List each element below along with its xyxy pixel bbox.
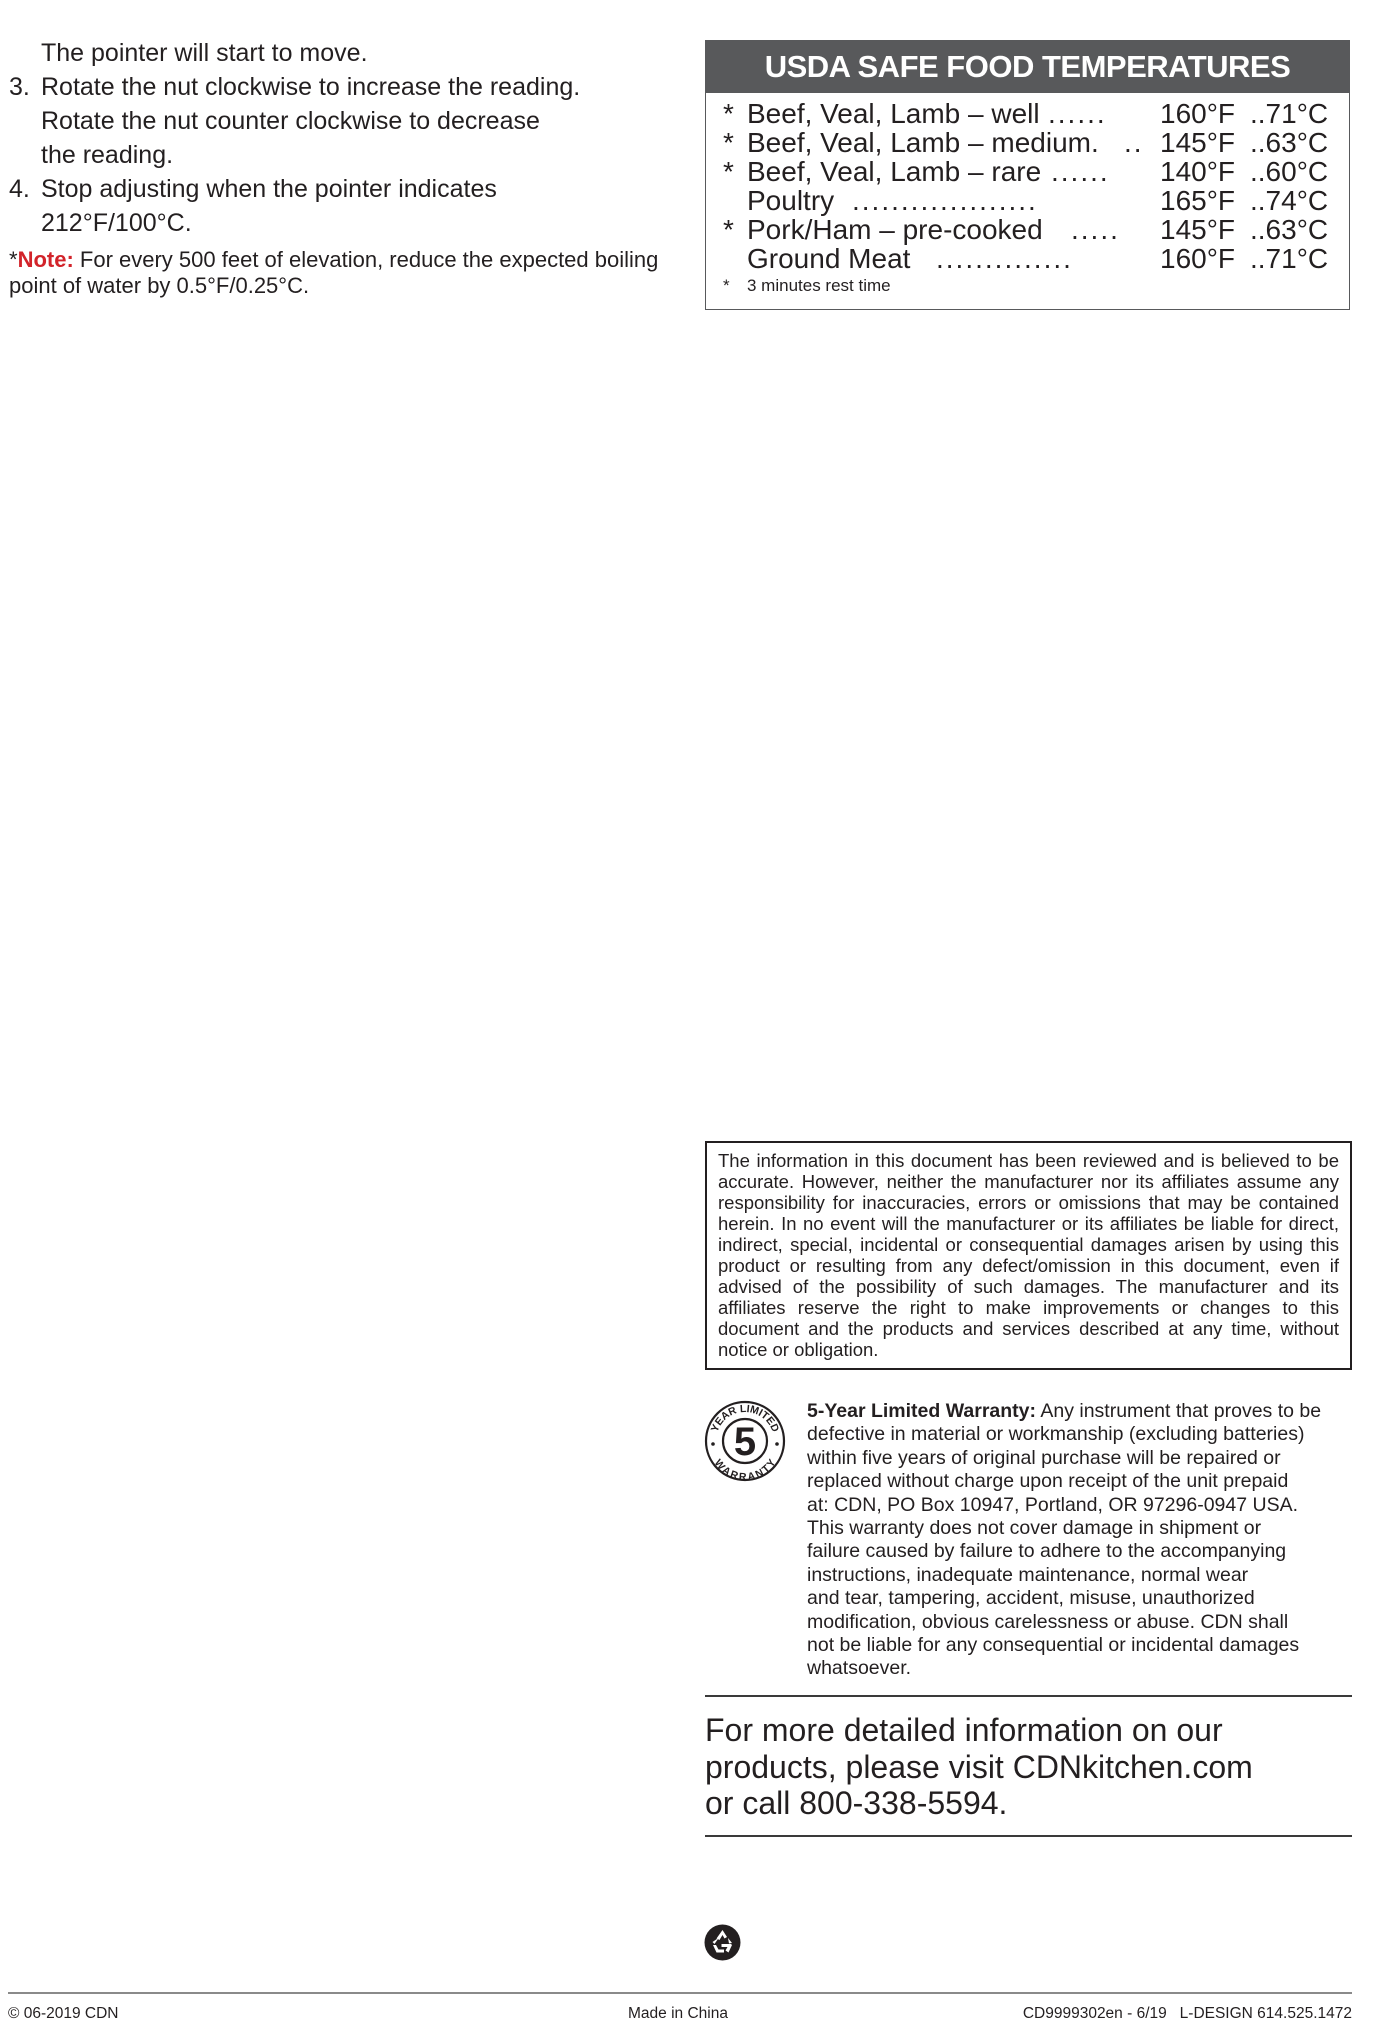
footer-copyright: © 06-2019 CDN (8, 2004, 119, 2024)
temp-celsius: ..63°C (1250, 215, 1328, 244)
step-3: 3.Rotate the nut clockwise to increase t… (0, 70, 680, 172)
contact-line: or call 800-338-5594. (705, 1785, 1352, 1822)
temp-fahrenheit: 165°F (1160, 186, 1235, 215)
warranty-line: modification, obvious carelessness or ab… (807, 1611, 1355, 1634)
warranty-line: defective in material or workmanship (ex… (807, 1423, 1355, 1446)
food-name: Pork/Ham – pre-cooked (747, 215, 1043, 244)
food-name: Poultry (747, 186, 834, 215)
food-name: Beef, Veal, Lamb – medium. (747, 128, 1099, 157)
warranty-line: This warranty does not cover damage in s… (807, 1517, 1355, 1540)
warranty-line: and tear, tampering, accident, misuse, u… (807, 1587, 1355, 1610)
elevation-note: *Note: For every 500 feet of elevation, … (9, 247, 679, 299)
step-number: 3. (9, 70, 30, 104)
warranty-text: 5-Year Limited Warranty: Any instrument … (807, 1400, 1355, 1681)
usda-footnote: * 3 minutes rest time (706, 275, 1349, 297)
food-name: Beef, Veal, Lamb – rare (747, 157, 1041, 186)
rest-time-marker: * (723, 215, 734, 244)
table-row: Ground Meat .............. 160°F ..71°C (706, 244, 1349, 273)
temp-fahrenheit: 160°F (1160, 244, 1235, 273)
usda-table-title: USDA SAFE FOOD TEMPERATURES (706, 41, 1349, 93)
seal-number: 5 (734, 1420, 756, 1464)
food-name: Ground Meat (747, 244, 910, 273)
leader-dots: ..... (1071, 215, 1120, 244)
step-continuation: The pointer will start to move. (0, 36, 680, 70)
footnote-text: 3 minutes rest time (747, 275, 891, 297)
temp-celsius: ..74°C (1250, 186, 1328, 215)
note-asterisk: * (9, 247, 18, 272)
footnote-asterisk: * (723, 275, 730, 297)
temp-celsius: ..71°C (1250, 244, 1328, 273)
contact-line: products, please visit CDNkitchen.com (705, 1749, 1352, 1786)
temp-celsius: ..60°C (1250, 157, 1328, 186)
temp-fahrenheit: 160°F (1160, 99, 1235, 128)
temp-fahrenheit: 145°F (1160, 128, 1235, 157)
temp-fahrenheit: 145°F (1160, 215, 1235, 244)
disclaimer-box: The information in this document has bee… (705, 1141, 1352, 1370)
temp-celsius: ..71°C (1250, 99, 1328, 128)
table-row: Poultry ................... 165°F ..74°C (706, 186, 1349, 215)
step-text: 212°F/100°C. (0, 206, 680, 240)
warranty-line: failure caused by failure to adhere to t… (807, 1540, 1355, 1563)
note-text: For every 500 feet of elevation, reduce … (9, 247, 658, 298)
step-text: the reading. (0, 138, 680, 172)
food-name: Beef, Veal, Lamb – well (747, 99, 1040, 128)
leader-dots: .. (1124, 128, 1144, 157)
leader-dots: ...... (1051, 157, 1110, 186)
table-row: * Beef, Veal, Lamb – rare ...... 140°F .… (706, 157, 1349, 186)
footer-origin: Made in China (628, 2004, 728, 2024)
leader-dots: ...... (1048, 99, 1107, 128)
rest-time-marker: * (723, 128, 734, 157)
divider (705, 1835, 1352, 1837)
contact-info: For more detailed information on our pro… (705, 1712, 1352, 1822)
contact-line: For more detailed information on our (705, 1712, 1352, 1749)
calibration-steps: The pointer will start to move. 3.Rotate… (0, 36, 680, 240)
warranty-line: whatsoever. (807, 1657, 1355, 1680)
warranty-line: within five years of original purchase w… (807, 1447, 1355, 1470)
temp-celsius: ..63°C (1250, 128, 1328, 157)
step-4: 4.Stop adjusting when the pointer indica… (0, 172, 680, 240)
footer-code: CD9999302en - 6/19 L-DESIGN 614.525.1472 (1023, 2004, 1352, 2024)
leader-dots: .............. (936, 244, 1073, 273)
warranty-line: instructions, inadequate maintenance, no… (807, 1564, 1355, 1587)
leader-dots: ................... (852, 186, 1038, 215)
divider (705, 1695, 1352, 1697)
usda-rows: * Beef, Veal, Lamb – well ...... 160°F .… (706, 93, 1349, 297)
warranty-line: not be liable for any consequential or i… (807, 1634, 1355, 1657)
warranty-line: at: CDN, PO Box 10947, Portland, OR 9729… (807, 1494, 1355, 1517)
step-text: Stop adjusting when the pointer indicate… (41, 175, 497, 203)
table-row: * Pork/Ham – pre-cooked ..... 145°F ..63… (706, 215, 1349, 244)
warranty-label: 5-Year Limited Warranty: (807, 1400, 1036, 1422)
step-text: Rotate the nut counter clockwise to decr… (0, 104, 680, 138)
step-text: Rotate the nut clockwise to increase the… (41, 73, 580, 101)
usda-temperature-table: USDA SAFE FOOD TEMPERATURES * Beef, Veal… (705, 40, 1350, 310)
table-row: * Beef, Veal, Lamb – medium. .. 145°F ..… (706, 128, 1349, 157)
table-row: * Beef, Veal, Lamb – well ...... 160°F .… (706, 99, 1349, 128)
note-label: Note: (18, 247, 74, 272)
rest-time-marker: * (723, 157, 734, 186)
warranty-line: replaced without charge upon receipt of … (807, 1470, 1355, 1493)
temp-fahrenheit: 140°F (1160, 157, 1235, 186)
footer-divider (8, 1992, 1352, 1994)
recycle-icon (704, 1924, 741, 1961)
step-number: 4. (9, 172, 30, 206)
rest-time-marker: * (723, 99, 734, 128)
warranty-seal-icon: 5 YEAR LIMITED WARRANTY (704, 1400, 786, 1482)
warranty-line: Any instrument that proves to be (1036, 1400, 1321, 1422)
